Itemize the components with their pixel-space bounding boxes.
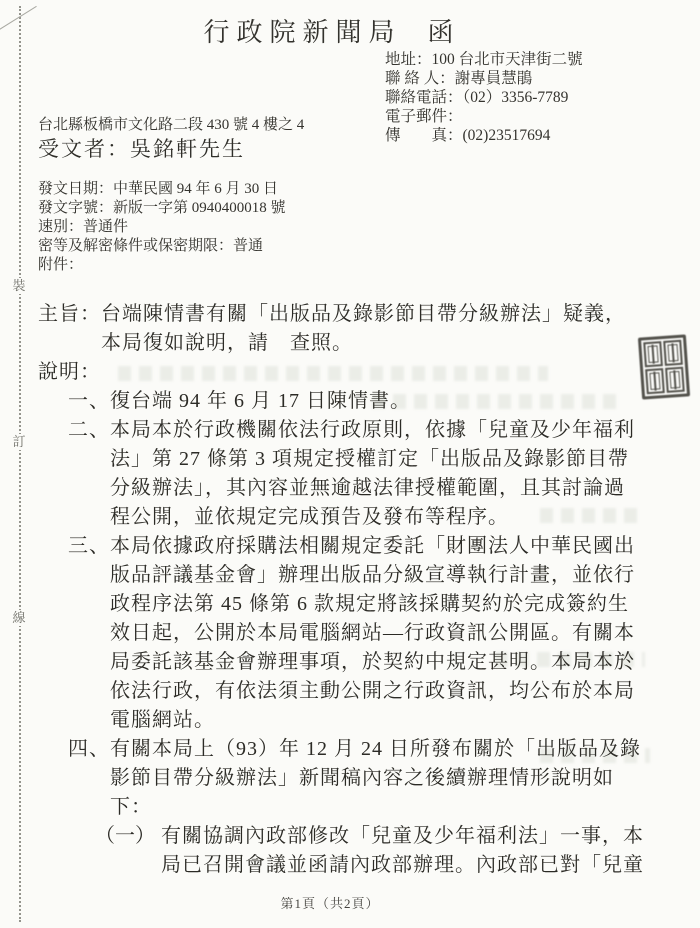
sender-fax: 傳 真：(02)23517694 [385, 126, 675, 145]
item-text-line: 局委託該基金會辦理事項，於契約中規定甚明。本局本於 [110, 648, 656, 677]
sender-email: 電子郵件： [385, 107, 675, 126]
sender-address: 地址：100 台北市天津街二號 [385, 50, 675, 69]
attachment-label: 附件： [38, 256, 458, 275]
item-text: 本局本於行政機關依法行政原則，依據「兒童及少年福利 法」第 27 條第 3 項規… [110, 416, 656, 532]
recipient-address: 台北縣板橋市文化路二段 430 號 4 樓之 4 [38, 113, 378, 134]
seal-glyph-block [663, 340, 683, 366]
delivery-speed: 速別：普通件 [38, 218, 458, 237]
binding-mark-zhuang: 裝 [11, 278, 27, 294]
item-text-line: 本局本於行政機關依法行政原則，依據「兒童及少年福利 [110, 416, 656, 445]
scanned-official-letter: { "header": { "agency": "行政院新聞局", "doc_t… [0, 0, 700, 928]
document-type: 函 [428, 18, 461, 47]
document-number: 發文字號：新版一字第 0940400018 號 [38, 199, 458, 218]
item-text-line: 程公開，並依規定完成預告及發布等程序。 [110, 503, 656, 532]
official-seal-stamp [638, 334, 690, 399]
sender-contact-block: 地址：100 台北市天津街二號 聯 絡 人：謝專員慧鵑 聯絡電話：（02）335… [385, 50, 675, 145]
item-text-line: 依法行政，有依法須主動公開之行政資訊，均公布於本局 [110, 677, 656, 706]
item-text-line: 分級辦法」，其內容並無逾越法律授權範圍，且其討論過 [110, 474, 656, 503]
item-text-line: 效日起，公開於本局電腦網站—行政資訊公開區。有關本 [110, 619, 656, 648]
item-text: 本局依據政府採購法相關規定委託「財團法人中華民國出 版品評議基金會」辦理出版品分… [110, 532, 656, 735]
binding-dotted-line [19, 6, 21, 922]
item-text-line: 政程序法第 45 條第 6 款規定將該採購契約於完成簽約生 [110, 590, 656, 619]
subject-line: 主旨：台端陳情書有關「出版品及錄影節目帶分級辦法」疑義， [38, 300, 656, 329]
item-text-line: 復台端 94 年 6 月 17 日陳情書。 [110, 387, 656, 416]
seal-glyph-block [643, 341, 663, 367]
seal-glyph-block [645, 368, 665, 394]
document-meta-block: 發文日期：中華民國 94 年 6 月 30 日 發文字號：新版一字第 09404… [38, 180, 458, 275]
item-text-line: 有關協調內政部修改「兒童及少年福利法」一事，本 [161, 822, 656, 851]
explanation-item-3: 三、 本局依據政府採購法相關規定委託「財團法人中華民國出 版品評議基金會」辦理出… [68, 532, 656, 735]
agency-name: 行政院新聞局 [203, 18, 401, 47]
item-text: 有關本局上（93）年 12 月 24 日所發布關於「出版品及錄 影節目帶分級辦法… [110, 735, 656, 822]
item-text-line: 下： [110, 793, 656, 822]
explanation-item-2: 二、 本局本於行政機關依法行政原則，依據「兒童及少年福利 法」第 27 條第 3… [68, 416, 656, 532]
binding-mark-ding: 訂 [11, 434, 27, 450]
item-text-line: 影節目帶分級辦法」新聞稿內容之後續辦理情形說明如 [110, 764, 656, 793]
item-text: 有關協調內政部修改「兒童及少年福利法」一事，本 局已召開會議並函請內政部辦理。內… [161, 822, 656, 880]
item-text: 復台端 94 年 6 月 17 日陳情書。 [110, 387, 656, 416]
item-text-line: 法」第 27 條第 3 項規定授權訂定「出版品及錄影節目帶 [110, 445, 656, 474]
recipient-name-line: 受文者：吳銘軒先生 [38, 133, 378, 163]
item-text-line: 本局依據政府採購法相關規定委託「財團法人中華民國出 [110, 532, 656, 561]
item-number: 二、 [68, 416, 110, 532]
subject-line-continued: 本局復如說明，請 查照。 [38, 329, 656, 358]
explanation-heading: 說明： [38, 358, 656, 387]
item-text-line: 電腦網站。 [110, 706, 656, 735]
binding-mark-xian: 線 [11, 610, 27, 626]
explanation-item-1: 一、 復台端 94 年 6 月 17 日陳情書。 [68, 387, 656, 416]
document-title: 行政院新聞局函 [0, 12, 700, 49]
item-number: 四、 [68, 735, 110, 822]
explanation-item-4: 四、 有關本局上（93）年 12 月 24 日所發布關於「出版品及錄 影節目帶分… [68, 735, 656, 822]
item-text-line: 局已召開會議並函請內政部辦理。內政部已對「兒童 [161, 851, 656, 880]
item-number: 三、 [68, 532, 110, 735]
item-number: （一） [95, 822, 161, 880]
security-classification: 密等及解密條件或保密期限：普通 [38, 237, 458, 256]
letter-body: 主旨：台端陳情書有關「出版品及錄影節目帶分級辦法」疑義， 本局復如說明，請 查照… [38, 300, 656, 880]
seal-glyph-block [665, 367, 685, 393]
item-number: 一、 [68, 387, 110, 416]
item-text-line: 版品評議基金會」辦理出版品分級宣導執行計畫，並依行 [110, 561, 656, 590]
page-number-indicator: 第1頁（共2頁） [0, 893, 660, 912]
sender-contact-person: 聯 絡 人：謝專員慧鵑 [385, 69, 675, 88]
item-text-line: 有關本局上（93）年 12 月 24 日所發布關於「出版品及錄 [110, 735, 656, 764]
issue-date: 發文日期：中華民國 94 年 6 月 30 日 [38, 180, 458, 199]
explanation-subitem-4-1: （一） 有關協調內政部修改「兒童及少年福利法」一事，本 局已召開會議並函請內政部… [95, 822, 656, 880]
sender-phone: 聯絡電話：（02）3356-7789 [385, 88, 675, 107]
